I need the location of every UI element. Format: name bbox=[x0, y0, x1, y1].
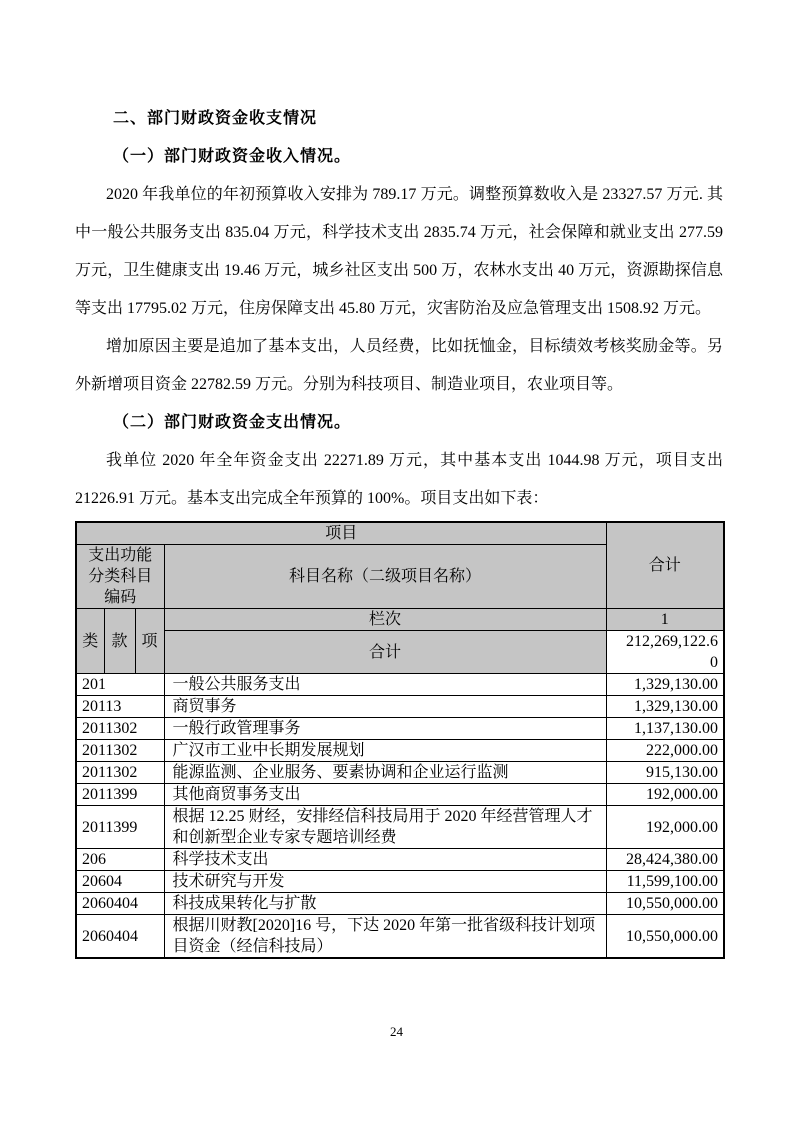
page-number: 24 bbox=[0, 1024, 793, 1040]
cell-amount: 1,137,130.00 bbox=[606, 718, 724, 740]
table-row: 2011302一般行政管理事务1,137,130.00 bbox=[76, 718, 724, 740]
cell-code: 206 bbox=[76, 849, 164, 871]
cell-name: 一般公共服务支出 bbox=[164, 674, 606, 696]
table-header-function-code: 支出功能分类科目编码 bbox=[76, 545, 164, 609]
table-row: 2011399其他商贸事务支出192,000.00 bbox=[76, 784, 724, 806]
grand-total-amount: 212,269,122.60 bbox=[622, 631, 718, 673]
subsection-heading-expenditure: （二）部门财政资金支出情况。 bbox=[75, 404, 723, 442]
table-header-total: 合计 bbox=[606, 522, 724, 609]
table-header-column-number: 1 bbox=[606, 609, 724, 631]
table-row: 2060404根据川财教[2020]16 号，下达 2020 年第一批省级科技计… bbox=[76, 915, 724, 959]
cell-name: 根据川财教[2020]16 号，下达 2020 年第一批省级科技计划项目资金（经… bbox=[164, 915, 606, 959]
table-header-column-label: 栏次 bbox=[164, 609, 606, 631]
table-row: 2011302广汉市工业中长期发展规划222,000.00 bbox=[76, 740, 724, 762]
cell-code: 2060404 bbox=[76, 915, 164, 959]
paragraph-expenditure-detail: 我单位 2020 年全年资金支出 22271.89 万元，其中基本支出 1044… bbox=[75, 442, 723, 518]
table-header-subject-name: 科目名称（二级项目名称） bbox=[164, 545, 606, 609]
cell-amount: 192,000.00 bbox=[606, 784, 724, 806]
table-row: 2060404科技成果转化与扩散10,550,000.00 bbox=[76, 893, 724, 915]
function-code-label: 支出功能分类科目编码 bbox=[86, 545, 154, 608]
cell-code: 201 bbox=[76, 674, 164, 696]
cell-name: 科学技术支出 bbox=[164, 849, 606, 871]
table-row: 2011399根据 12.25 财经，安排经信科技局用于 2020 年经营管理人… bbox=[76, 806, 724, 849]
document-page: 二、部门财政资金收支情况 （一）部门财政资金收入情况。 2020 年我单位的年初… bbox=[0, 0, 793, 1122]
table-row: 206科学技术支出28,424,380.00 bbox=[76, 849, 724, 871]
subsection-heading-income: （一）部门财政资金收入情况。 bbox=[75, 138, 723, 176]
table-header-class: 类 bbox=[76, 609, 104, 674]
cell-amount: 915,130.00 bbox=[606, 762, 724, 784]
paragraph-increase-reason: 增加原因主要是追加了基本支出，人员经费，比如抚恤金，目标绩效考核奖励金等。另外新… bbox=[75, 328, 723, 404]
table-row: 201一般公共服务支出1,329,130.00 bbox=[76, 674, 724, 696]
cell-code: 2011399 bbox=[76, 806, 164, 849]
cell-code: 2011302 bbox=[76, 718, 164, 740]
cell-amount: 11,599,100.00 bbox=[606, 871, 724, 893]
table-header-project: 项目 bbox=[76, 522, 606, 545]
project-expenditure-table: 项目 合计 支出功能分类科目编码 科目名称（二级项目名称） 类 款 项 栏次 1… bbox=[75, 521, 725, 959]
paragraph-income-detail: 2020 年我单位的年初预算收入安排为 789.17 万元。调整预算数收入是 2… bbox=[75, 176, 723, 328]
cell-amount: 10,550,000.00 bbox=[606, 915, 724, 959]
cell-name: 科技成果转化与扩散 bbox=[164, 893, 606, 915]
cell-name: 其他商贸事务支出 bbox=[164, 784, 606, 806]
table-header-item: 项 bbox=[135, 609, 164, 674]
cell-amount: 10,550,000.00 bbox=[606, 893, 724, 915]
cell-amount: 1,329,130.00 bbox=[606, 674, 724, 696]
cell-name: 根据 12.25 财经，安排经信科技局用于 2020 年经营管理人才和创新型企业… bbox=[164, 806, 606, 849]
cell-code: 2060404 bbox=[76, 893, 164, 915]
table-row: 20113商贸事务1,329,130.00 bbox=[76, 696, 724, 718]
cell-code: 20604 bbox=[76, 871, 164, 893]
cell-amount: 28,424,380.00 bbox=[606, 849, 724, 871]
table-total-row-value: 212,269,122.60 bbox=[606, 631, 724, 674]
cell-code: 20113 bbox=[76, 696, 164, 718]
cell-code: 2011399 bbox=[76, 784, 164, 806]
cell-amount: 222,000.00 bbox=[606, 740, 724, 762]
cell-name: 广汉市工业中长期发展规划 bbox=[164, 740, 606, 762]
cell-code: 2011302 bbox=[76, 740, 164, 762]
cell-name: 技术研究与开发 bbox=[164, 871, 606, 893]
cell-name: 能源监测、企业服务、要素协调和企业运行监测 bbox=[164, 762, 606, 784]
section-heading: 二、部门财政资金收支情况 bbox=[75, 100, 723, 138]
document-content: 二、部门财政资金收支情况 （一）部门财政资金收入情况。 2020 年我单位的年初… bbox=[75, 100, 723, 959]
cell-code: 2011302 bbox=[76, 762, 164, 784]
table-row: 2011302能源监测、企业服务、要素协调和企业运行监测915,130.00 bbox=[76, 762, 724, 784]
table-row: 20604技术研究与开发11,599,100.00 bbox=[76, 871, 724, 893]
cell-name: 一般行政管理事务 bbox=[164, 718, 606, 740]
cell-amount: 1,329,130.00 bbox=[606, 696, 724, 718]
table-body: 201一般公共服务支出1,329,130.0020113商贸事务1,329,13… bbox=[76, 674, 724, 959]
cell-name: 商贸事务 bbox=[164, 696, 606, 718]
table-total-row-label: 合计 bbox=[164, 631, 606, 674]
cell-amount: 192,000.00 bbox=[606, 806, 724, 849]
table-header-section: 款 bbox=[104, 609, 135, 674]
